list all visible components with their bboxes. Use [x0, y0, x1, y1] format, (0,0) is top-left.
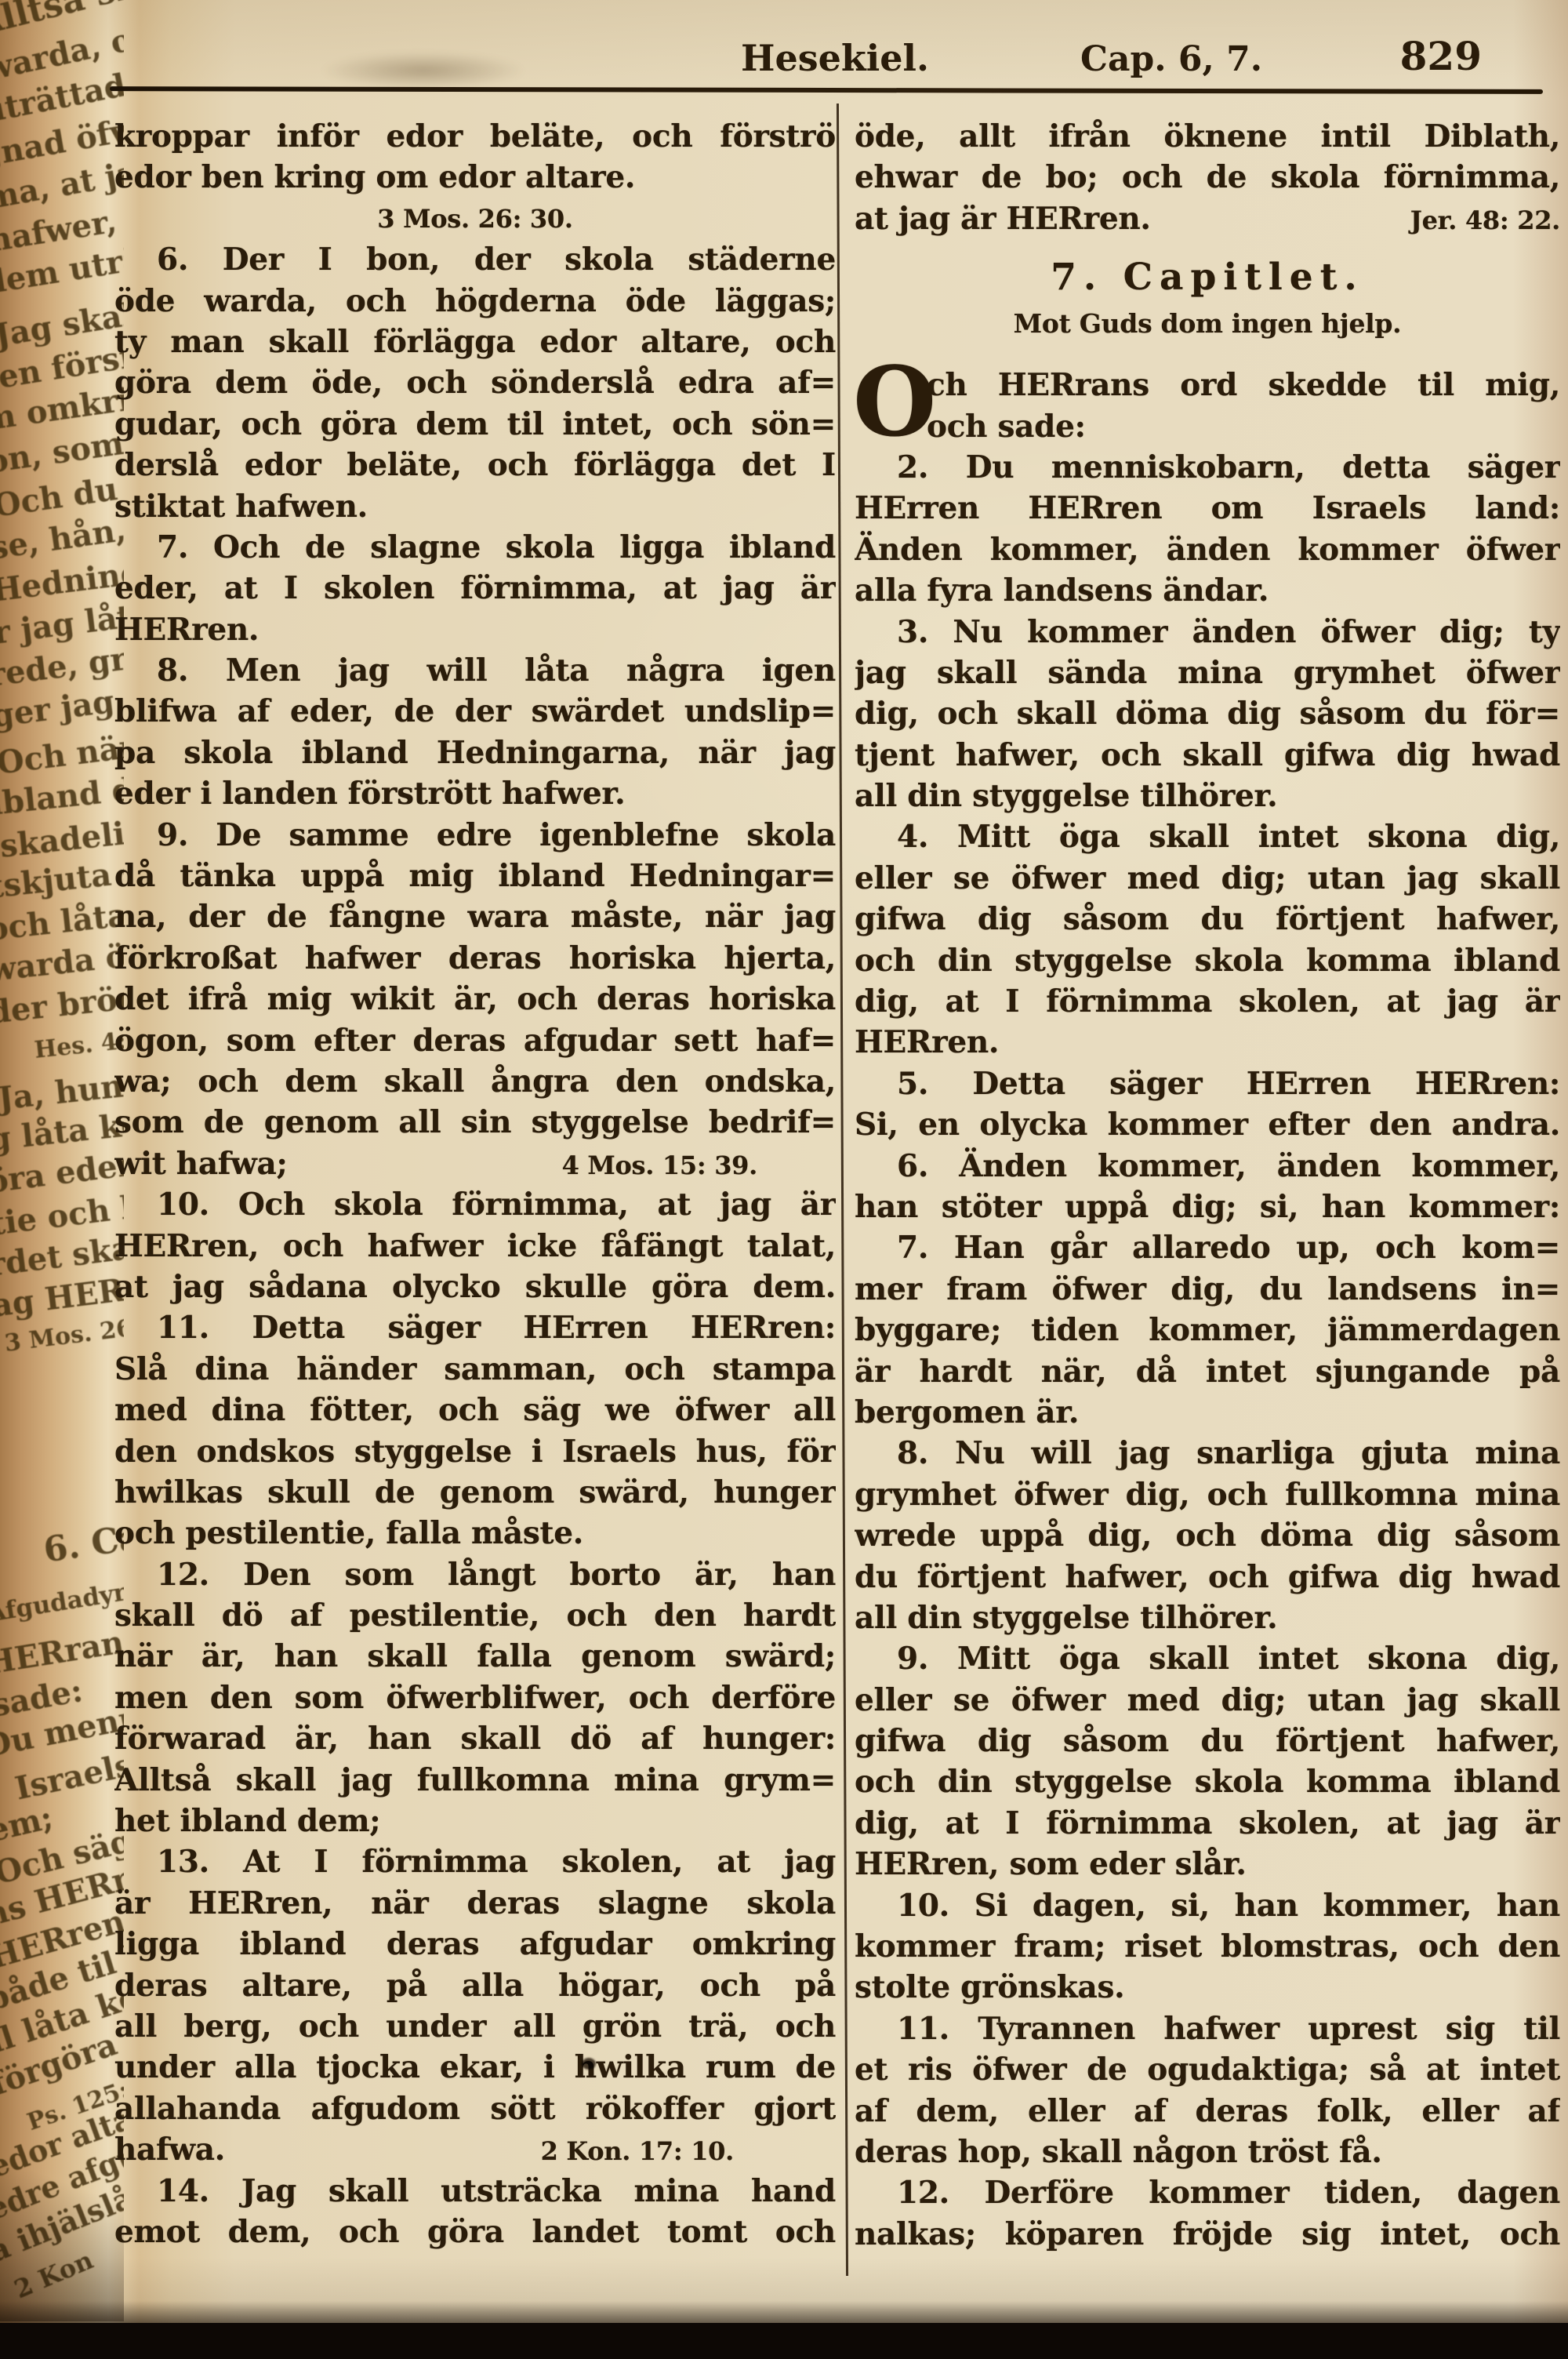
verse-start-line: 9. De samme edre igenblefne skola — [114, 815, 836, 856]
text-line: deras altare, på alla högar, och på — [114, 1965, 836, 2006]
text-line: hwilkas skull de genom swärd, hunger — [114, 1472, 836, 1513]
text-line: är hardt när, då intet sjungande på — [855, 1351, 1560, 1392]
text-line: af dem, eller af deras folk, eller af — [855, 2091, 1560, 2132]
chapter-summary: Mot Guds dom ingen hjelp. — [855, 305, 1560, 347]
verse-start-line: 12. Derföre kommer tiden, dagen — [855, 2172, 1560, 2213]
verse-start-line: 13. At I förnimma skolen, at jag — [114, 1841, 836, 1882]
text-line: eller se öfwer med dig; utan jag skall — [855, 1680, 1560, 1721]
verse-start-line: 3. Nu kommer änden öfwer dig; ty — [855, 612, 1560, 652]
verse-start-line: 11. Detta säger HErren HERren: — [114, 1307, 836, 1348]
text-line: allahanda afgudom sött rökoffer gjort — [114, 2088, 836, 2129]
text-line: då tänka uppå mig ibland Hedningar= — [114, 856, 836, 896]
text-line: med dina fötter, och säg we öfwer all — [114, 1390, 836, 1430]
text-line: ch HERrans ord skedde til mig, — [927, 365, 1560, 405]
verse-start-line: 14. Jag skall utsträcka mina hand — [114, 2171, 836, 2212]
text-line: och din styggelse skola komma ibland — [855, 1761, 1560, 1802]
text-line: HERren, som eder slår. — [855, 1844, 1560, 1885]
verse-start-line: 12. Den som långt borto är, han — [114, 1554, 836, 1595]
text-line: hafwa. — [114, 2129, 225, 2170]
text-line: byggare; tiden kommer, jämmerdagen — [855, 1310, 1560, 1350]
text-line: som de genom all sin styggelse bedrif= — [114, 1102, 836, 1143]
verse-start-line: 10. Och skola förnimma, at jag är — [114, 1184, 836, 1225]
text-line: wit hafwa; — [114, 1143, 288, 1184]
text-line: HERren. — [855, 1022, 1560, 1063]
text-line: under alla tjocka ekar, i hwilka rum de — [114, 2047, 836, 2088]
previous-page-text-fragment: 2 Kon — [10, 2245, 98, 2304]
text-line: na, der de fångne wara måste, när jag — [114, 896, 836, 937]
scripture-reference: 3 Mos. 26: 30. — [114, 198, 836, 239]
text-line: förkroßat hafwer deras horiska hjerta, — [114, 938, 836, 979]
running-header: Hesekiel. Cap. 6, 7. 829 — [110, 33, 1560, 88]
scripture-reference: Jer. 48: 22. — [1410, 200, 1560, 239]
drop-cap: O — [853, 354, 936, 449]
text-line: deras hop, skall någon tröst få. — [855, 2132, 1560, 2172]
text-line: all din styggelse tilhörer. — [855, 1598, 1560, 1638]
text-line: dig, och skall döma dig såsom du för= — [855, 693, 1560, 734]
photo-bottom-edge — [0, 2323, 1568, 2359]
text-line: at jag är HERren. — [855, 198, 1151, 239]
text-line: förwarad är, han skall dö af hunger: — [114, 1718, 836, 1759]
book-title: Hesekiel. — [110, 33, 1560, 83]
text-line: eder, at I skolen förnimma, at jag är — [114, 568, 836, 609]
text-line: nalkas; köparen fröjde sig intet, och — [855, 2214, 1560, 2255]
text-line: wrede uppå dig, och döma dig såsom — [855, 1515, 1560, 1556]
chapter-heading: 7. Capitlet. — [855, 250, 1560, 305]
text-line: emot dem, och göra landet tomt och — [114, 2212, 836, 2252]
page-number: 829 — [1400, 31, 1482, 82]
text-line: grymhet öfwer dig, och fullkomna mina — [855, 1474, 1560, 1515]
left-column: kroppar inför edor beläte, och förströed… — [114, 116, 836, 2252]
text-line: gudar, och göra dem til intet, och sön= — [114, 404, 836, 445]
text-line: pa skola ibland Hedningarna, när jag — [114, 732, 836, 773]
text-line: öde, allt ifrån öknene intil Diblath, — [855, 116, 1560, 157]
text-line: gifwa dig såsom du förtjent hafwer, — [855, 899, 1560, 940]
text-line-with-reference: wit hafwa;4 Mos. 15: 39. — [114, 1143, 836, 1184]
text-line: du förtjent hafwer, och gifwa dig hwad — [855, 1557, 1560, 1598]
gutter-previous-page-text: Alltså skallwarda, ochuträttad wardgnad … — [0, 0, 124, 2321]
column-divider — [837, 104, 848, 2276]
verse-start-line: 7. Och de slagne skola ligga ibland — [114, 527, 836, 568]
text-line: all berg, och under all grön trä, och — [114, 2006, 836, 2047]
text-line: ehwar de bo; och de skola förnimma, — [855, 157, 1560, 198]
ink-blot — [582, 2058, 596, 2070]
text-line: och pestilentie, falla måste. — [114, 1513, 836, 1554]
verse-start-line: 10. Si dagen, si, han kommer, han — [855, 1885, 1560, 1926]
verse-start-line: 8. Men jag will låta några igen — [114, 650, 836, 691]
text-line: mer fram öfwer dig, du landsens in= — [855, 1269, 1560, 1310]
text-line: at jag sådana olycko skulle göra dem. — [114, 1267, 836, 1307]
verse-with-drop-cap: Och HERrans ord skedde til mig,och sade: — [855, 365, 1560, 447]
text-line: HERren. — [114, 609, 836, 650]
scripture-reference: 4 Mos. 15: 39. — [562, 1145, 757, 1184]
text-line: och din styggelse skola komma ibland — [855, 940, 1560, 981]
text-line: kommer fram; riset blomstras, och den — [855, 1926, 1560, 1967]
text-line: stiktat hafwen. — [114, 486, 836, 527]
text-line-with-reference: at jag är HERren.Jer. 48: 22. — [855, 198, 1560, 239]
text-line: dig, at I förnimma skolen, at jag är — [855, 981, 1560, 1022]
text-line: skall dö af pestilentie, och den hardt — [114, 1595, 836, 1636]
scripture-reference: 2 Kon. 17: 10. — [541, 2131, 734, 2170]
verse-start-line: 6. Änden kommer, änden kommer, — [855, 1146, 1560, 1187]
text-line: öde warda, och högderna öde läggas; — [114, 281, 836, 322]
text-line: det ifrå mig wikit är, och deras horiska — [114, 979, 836, 1020]
text-line: den ondskos styggelse i Israels hus, för — [114, 1431, 836, 1472]
verse-start-line: 7. Han går allaredo up, och kom= — [855, 1227, 1560, 1268]
text-line: HErren HERren om Israels land: — [855, 488, 1560, 529]
text-line: och sade: — [927, 406, 1560, 447]
text-line: göra dem öde, och sönderslå edra af= — [114, 362, 836, 403]
text-line: han stöter uppå dig; si, han kommer: — [855, 1187, 1560, 1227]
text-line: tjent hafwer, och skall gifwa dig hwad — [855, 735, 1560, 776]
text-line: blifwa af eder, de der swärdet undslip= — [114, 691, 836, 732]
text-line: Slå dina händer samman, och stampa — [114, 1349, 836, 1390]
text-line: jag skall sända mina grymhet öfwer — [855, 652, 1560, 693]
text-line: eller se öfwer med dig; utan jag skall — [855, 858, 1560, 899]
text-line: et ris öfwer de ogudaktiga; så at intet — [855, 2049, 1560, 2090]
text-line: ögon, som efter deras afgudar sett haf= — [114, 1020, 836, 1061]
text-line: Si, en olycka kommer efter den andra. — [855, 1104, 1560, 1145]
chapter-reference: Cap. 6, 7. — [1080, 35, 1262, 85]
text-line: kroppar inför edor beläte, och förströ — [114, 116, 836, 157]
previous-page-text-fragment: a ihjälslå edra — [0, 2148, 124, 2270]
text-line: är HERren, när deras slagne skola — [114, 1883, 836, 1924]
verse-start-line: 9. Mitt öga skall intet skona dig, — [855, 1638, 1560, 1679]
text-line: Änden kommer, änden kommer öfwer — [855, 529, 1560, 570]
verse-start-line: 2. Du menniskobarn, detta säger — [855, 447, 1560, 488]
verse-start-line: 5. Detta säger HErren HERren: — [855, 1063, 1560, 1104]
text-line: när är, han skall falla genom swärd; — [114, 1636, 836, 1677]
text-line: ligga ibland deras afgudar omkring — [114, 1924, 836, 1965]
verse-start-line: 4. Mitt öga skall intet skona dig, — [855, 816, 1560, 857]
text-line: HERren, och hafwer icke fåfängt talat, — [114, 1226, 836, 1267]
text-line: dig, at I förnimma skolen, at jag är — [855, 1803, 1560, 1844]
text-line: eder i landen förstrött hafwer. — [114, 773, 836, 814]
text-line: all din styggelse tilhörer. — [855, 776, 1560, 816]
text-line: stolte grönskas. — [855, 1967, 1560, 2008]
text-line: wa; och dem skall ångra den ondska, — [114, 1061, 836, 1102]
text-line: ty man skall förlägga edor altare, och — [114, 322, 836, 362]
text-line: men den som öfwerblifwer, och derföre — [114, 1677, 836, 1718]
scanned-bible-page-photo: Alltså skallwarda, ochuträttad wardgnad … — [0, 0, 1568, 2359]
text-block: kroppar inför edor beläte, och förströed… — [110, 100, 1560, 2296]
text-line: derslå edor beläte, och förlägga det I — [114, 445, 836, 485]
text-line: alla fyra landsens ändar. — [855, 570, 1560, 611]
right-column: öde, allt ifrån öknene intil Diblath,ehw… — [855, 116, 1560, 2255]
text-line: bergomen är. — [855, 1392, 1560, 1433]
text-line: gifwa dig såsom du förtjent hafwer, — [855, 1721, 1560, 1761]
verse-start-line: 11. Tyrannen hafwer uprest sig til — [855, 2008, 1560, 2049]
verse-start-line: 6. Der I bon, der skola städerne — [114, 239, 836, 280]
verse-start-line: 8. Nu will jag snarliga gjuta mina — [855, 1433, 1560, 1474]
text-line: edor ben kring om edor altare. — [114, 157, 836, 198]
text-line: Alltså skall jag fullkomna mina grym= — [114, 1760, 836, 1801]
text-line-with-reference: hafwa.2 Kon. 17: 10. — [114, 2129, 836, 2170]
text-line: het ibland dem; — [114, 1801, 836, 1841]
